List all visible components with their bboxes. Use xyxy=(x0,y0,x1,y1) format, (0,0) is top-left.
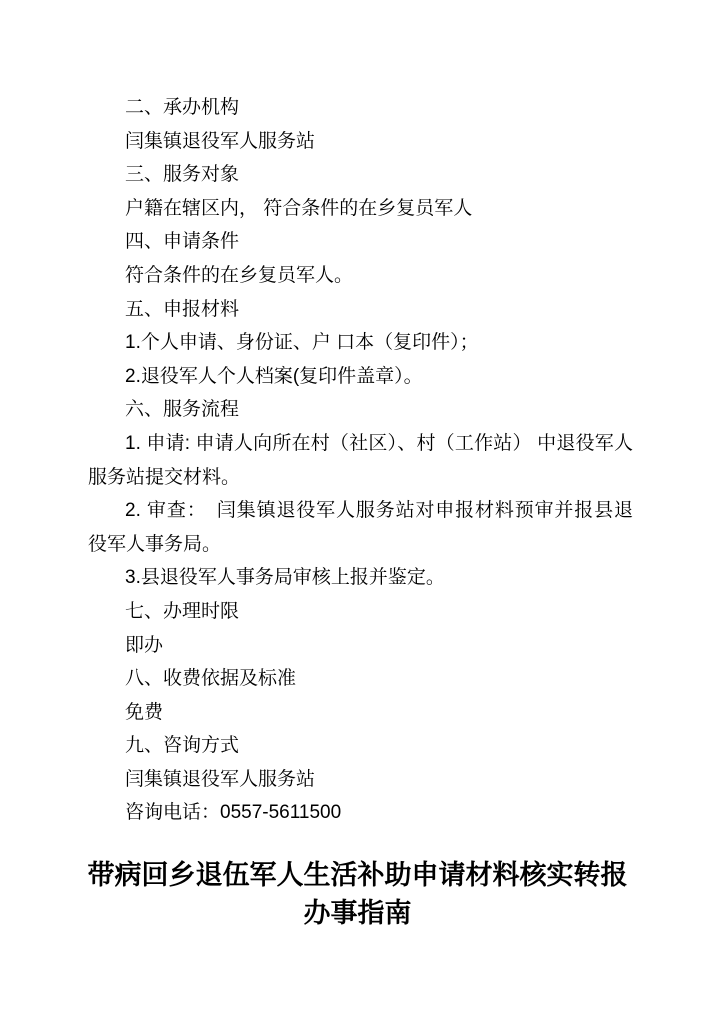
body-line: 三、服务对象 xyxy=(88,158,633,192)
title-line-2: 办事指南 xyxy=(0,894,715,932)
body-line: 四、申请条件 xyxy=(88,225,633,259)
body-line: 户籍在辖区内， 符合条件的在乡复员军人 xyxy=(88,192,633,226)
body-line: 2. 审查： 闫集镇退役军人服务站对申报材料预审并报县退 xyxy=(88,494,633,528)
body-line: 即办 xyxy=(88,629,633,663)
body-line: 闫集镇退役军人服务站 xyxy=(88,125,633,159)
body-line: 2.退役军人个人档案(复印件盖章）。 xyxy=(88,360,633,394)
body-line: 九、咨询方式 xyxy=(88,729,633,763)
body-line: 役军人事务局。 xyxy=(88,528,633,562)
body-line: 符合条件的在乡复员军人。 xyxy=(88,259,633,293)
body-line: 六、服务流程 xyxy=(88,393,633,427)
document-page: 二、承办机构闫集镇退役军人服务站三、服务对象户籍在辖区内， 符合条件的在乡复员军… xyxy=(0,0,715,1011)
body-line: 咨询电话：0557-5611500 xyxy=(88,796,633,830)
body-line: 五、申报材料 xyxy=(88,293,633,327)
body-line: 3.县退役军人事务局审核上报并鉴定。 xyxy=(88,561,633,595)
body-line: 免费 xyxy=(88,696,633,730)
body-line: 服务站提交材料。 xyxy=(88,461,633,495)
body-line: 八、收费依据及标准 xyxy=(88,662,633,696)
body-line: 1. 申请: 申请人向所在村（社区）、村（工作站） 中退役军人 xyxy=(88,427,633,461)
body-line: 二、承办机构 xyxy=(88,91,633,125)
body-line: 闫集镇退役军人服务站 xyxy=(88,763,633,797)
document-body: 二、承办机构闫集镇退役军人服务站三、服务对象户籍在辖区内， 符合条件的在乡复员军… xyxy=(88,91,633,830)
body-line: 七、办理时限 xyxy=(88,595,633,629)
title-line-1: 带病回乡退伍军人生活补助申请材料核实转报 xyxy=(0,856,715,894)
document-title: 带病回乡退伍军人生活补助申请材料核实转报 办事指南 xyxy=(0,856,715,932)
body-line: 1.个人申请、身份证、户 口本（复印件）； xyxy=(88,326,633,360)
